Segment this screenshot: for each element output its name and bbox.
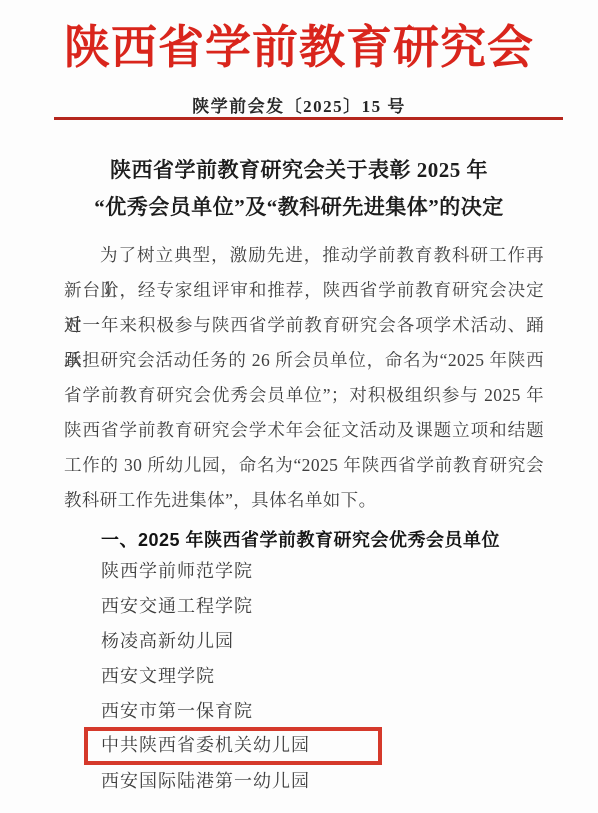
body-line: 教科研工作先进集体”，具体名单如下。 [64, 483, 544, 518]
list-item: 西安国际陆港第一幼儿园 [101, 764, 382, 799]
letterhead-org-title: 陕西省学前教育研究会 [0, 16, 598, 80]
list-item-highlighted-red-box: 中共陕西省委机关幼儿园 [84, 727, 382, 765]
letterhead-divider-rule [54, 117, 563, 120]
body-line: 陕西省学前教育研究会学术年会征文活动及课题立项和结题 [64, 413, 544, 448]
document-page: 陕西省学前教育研究会 陕学前会发〔2025〕15 号 陕西省学前教育研究会关于表… [0, 0, 598, 813]
body-line: 承担研究会活动任务的 26 所会员单位，命名为“2025 年陕西 [64, 343, 544, 378]
document-title-line1: 陕西省学前教育研究会关于表彰 2025 年 [0, 152, 598, 189]
body-line: 近一年来积极参与陕西省学前教育研究会各项学术活动、踊跃 [64, 308, 544, 343]
list-item: 西安文理学院 [101, 659, 382, 694]
document-number: 陕学前会发〔2025〕15 号 [0, 92, 598, 117]
list-item: 西安交通工程学院 [101, 589, 382, 624]
document-title: 陕西省学前教育研究会关于表彰 2025 年 “优秀会员单位”及“教科研先进集体”… [0, 152, 598, 226]
document-title-line2: “优秀会员单位”及“教科研先进集体”的决定 [0, 189, 598, 226]
body-line: 省学前教育研究会优秀会员单位”；对积极组织参与 2025 年 [64, 378, 544, 413]
list-item: 杨凌高新幼儿园 [101, 624, 382, 659]
body-line: 工作的 30 所幼儿园，命名为“2025 年陕西省学前教育研究会 [64, 448, 544, 483]
list-item: 西安市第一保育院 [101, 694, 382, 729]
body-line: 为了树立典型，激励先进，推动学前教育教科研工作再上 [64, 238, 544, 273]
list-item: 陕西学前师范学院 [101, 554, 382, 589]
section-heading-excellent-member-units: 一、2025 年陕西省学前教育研究会优秀会员单位 [101, 523, 500, 558]
award-unit-list: 陕西学前师范学院 西安交通工程学院 杨凌高新幼儿园 西安文理学院 西安市第一保育… [101, 554, 382, 799]
body-line: 新台阶，经专家组评审和推荐，陕西省学前教育研究会决定对 [64, 273, 544, 308]
body-paragraph: 为了树立典型，激励先进，推动学前教育教科研工作再上 新台阶，经专家组评审和推荐，… [64, 238, 544, 518]
